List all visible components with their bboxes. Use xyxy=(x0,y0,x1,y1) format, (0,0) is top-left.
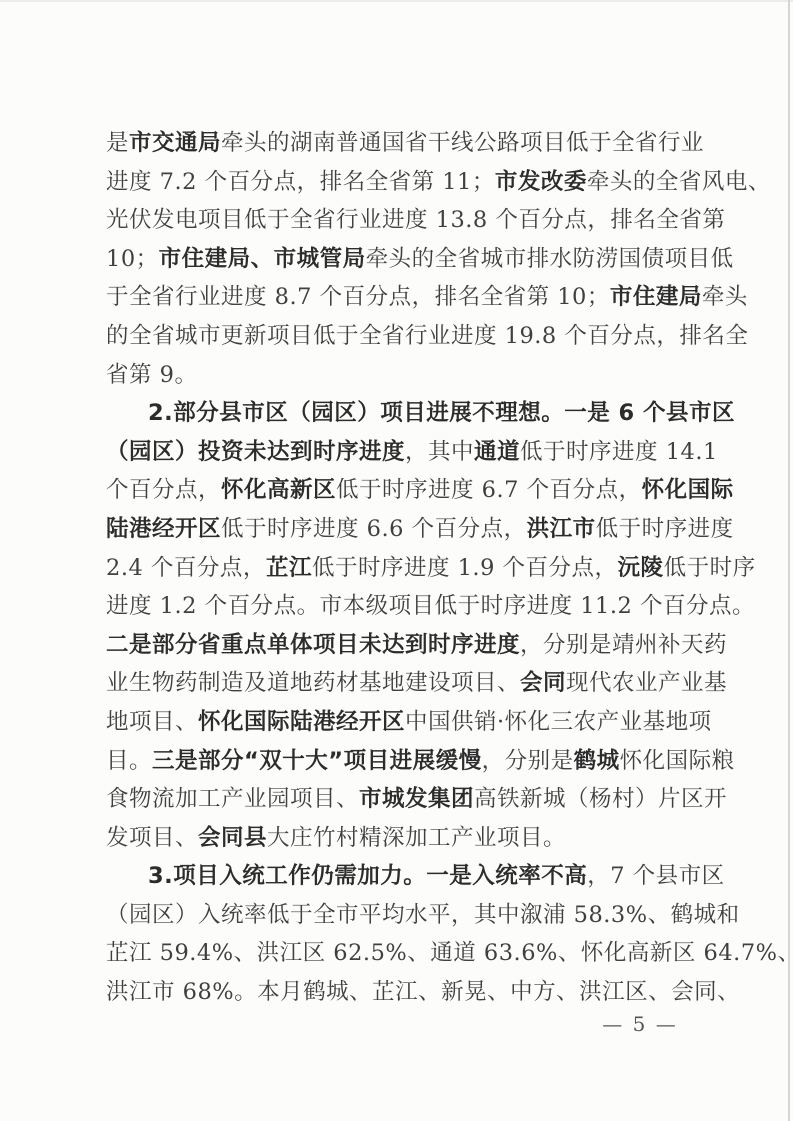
text-segment: 牵头 xyxy=(702,284,748,310)
text-segment: 光伏发电项目低于全省行业进度 13.8 个百分点，排名全省第 xyxy=(106,207,725,233)
bold-text-segment: 市交通局 xyxy=(129,130,221,156)
text-segment: 的全省城市更新项目低于全省行业进度 19.8 个百分点，排名全 xyxy=(106,323,748,349)
text-segment: 牵头的全省城市排水防涝国债项目低 xyxy=(366,246,734,272)
text-segment: 个百分点， xyxy=(106,477,221,503)
bold-text-segment: 通道 xyxy=(474,439,520,465)
text-segment: 2.4 个百分点， xyxy=(106,555,266,581)
text-segment: 高铁新城（杨村）片区开 xyxy=(474,786,727,812)
text-line: （园区）投资未达到时序进度，其中通道低于时序进度 14.1 xyxy=(106,433,694,472)
text-line: 10；市住建局、市城管局牵头的全省城市排水防涝国债项目低 xyxy=(106,240,694,279)
bold-text-segment: 市住建局、市城管局 xyxy=(159,246,366,272)
text-segment: 于全省行业进度 8.7 个百分点，排名全省第 10； xyxy=(106,284,610,310)
text-segment: 低于时序 xyxy=(664,555,756,581)
text-line: 发项目、会同县大庄竹村精深加工产业项目。 xyxy=(106,819,694,858)
text-line: 进度 1.2 个百分点。市本级项目低于时序进度 11.2 个百分点。 xyxy=(106,587,694,626)
text-segment: 低于时序进度 xyxy=(596,516,734,542)
text-line: 地项目、怀化国际陆港经开区中国供销·怀化三农产业基地项 xyxy=(106,703,694,742)
bold-text-segment: 鹤城 xyxy=(574,748,620,774)
text-line: 目。三是部分“双十大”项目进展缓慢，分别是鹤城怀化国际粮 xyxy=(106,742,694,781)
text-line: 省第 9。 xyxy=(106,356,694,395)
text-line: 二是部分省重点单体项目未达到时序进度，分别是靖州补天药 xyxy=(106,626,694,665)
bold-text-segment: 2.部分县市区（园区）项目进展不理想。一是 6 个县市区 xyxy=(148,400,735,426)
bold-text-segment: 怀化国际 xyxy=(642,477,734,503)
text-segment: ，7 个县市区 xyxy=(587,863,724,889)
bold-text-segment: 会同 xyxy=(520,670,566,696)
text-segment: 业生物药制造及道地药材基地建设项目、 xyxy=(106,670,520,696)
bold-text-segment: 二是部分省重点单体项目未达到时序进度 xyxy=(106,632,520,658)
text-segment: 进度 7.2 个百分点，排名全省第 11； xyxy=(106,169,495,195)
text-line: 于全省行业进度 8.7 个百分点，排名全省第 10；市住建局牵头 xyxy=(106,278,694,317)
text-segment: 牵头的湖南普通国省干线公路项目低于全省行业 xyxy=(221,130,704,156)
text-segment: 芷江 59.4%、洪江区 62.5%、通道 63.6%、怀化高新区 64.7%、 xyxy=(106,940,793,966)
text-line: 陆港经开区低于时序进度 6.6 个百分点，洪江市低于时序进度 xyxy=(106,510,694,549)
text-segment: 现代农业产业基 xyxy=(566,670,727,696)
text-segment: 洪江市 68%。本月鹤城、芷江、新晃、中方、洪江区、会同、 xyxy=(106,979,740,1005)
bold-text-segment: 怀化高新区 xyxy=(221,477,336,503)
text-line: 业生物药制造及道地药材基地建设项目、会同现代农业产业基 xyxy=(106,664,694,703)
text-segment: 10； xyxy=(106,246,159,272)
text-segment: 食物流加工产业园项目、 xyxy=(106,786,359,812)
text-segment: 进度 1.2 个百分点。市本级项目低于时序进度 11.2 个百分点。 xyxy=(106,593,755,619)
bold-text-segment: 沅陵 xyxy=(618,555,664,581)
text-segment: （园区）入统率低于全市平均水平，其中溆浦 58.3%、鹤城和 xyxy=(106,902,740,928)
bold-text-segment: 市城发集团 xyxy=(359,786,474,812)
bold-text-segment: 洪江市 xyxy=(527,516,596,542)
text-line: 洪江市 68%。本月鹤城、芷江、新晃、中方、洪江区、会同、 xyxy=(106,973,694,1012)
text-line: 食物流加工产业园项目、市城发集团高铁新城（杨村）片区开 xyxy=(106,780,694,819)
document-body: 是市交通局牵头的湖南普通国省干线公路项目低于全省行业进度 7.2 个百分点，排名… xyxy=(106,124,694,1012)
bold-text-segment: 芷江 xyxy=(266,555,312,581)
text-line: 光伏发电项目低于全省行业进度 13.8 个百分点，排名全省第 xyxy=(106,201,694,240)
bold-text-segment: 三是部分“双十大”项目进展缓慢 xyxy=(152,748,482,774)
bold-text-segment: 怀化国际陆港经开区 xyxy=(198,709,405,735)
text-line: 2.4 个百分点，芷江低于时序进度 1.9 个百分点，沅陵低于时序 xyxy=(106,549,694,588)
text-segment: 是 xyxy=(106,130,129,156)
text-line: 个百分点，怀化高新区低于时序进度 6.7 个百分点，怀化国际 xyxy=(106,471,694,510)
bold-text-segment: 市住建局 xyxy=(610,284,702,310)
bold-text-segment: 3.项目入统工作仍需加力。一是入统率不高 xyxy=(148,863,587,889)
text-segment: 低于时序进度 6.7 个百分点， xyxy=(336,477,642,503)
text-segment: ，分别是 xyxy=(482,748,574,774)
text-line: 的全省城市更新项目低于全省行业进度 19.8 个百分点，排名全 xyxy=(106,317,694,356)
page-number: — 5 — xyxy=(600,1012,680,1036)
text-line: 3.项目入统工作仍需加力。一是入统率不高，7 个县市区 xyxy=(106,857,694,896)
text-segment: 发项目、 xyxy=(106,825,198,851)
text-segment: 怀化国际粮 xyxy=(620,748,735,774)
text-segment: 低于时序进度 6.6 个百分点， xyxy=(221,516,527,542)
text-segment: 低于时序进度 14.1 xyxy=(520,439,718,465)
text-segment: 地项目、 xyxy=(106,709,198,735)
text-segment: 低于时序进度 1.9 个百分点， xyxy=(312,555,618,581)
text-segment: ，分别是靖州补天药 xyxy=(520,632,727,658)
bold-text-segment: 市发改委 xyxy=(495,169,587,195)
bold-text-segment: 会同县 xyxy=(198,825,267,851)
text-segment: ，其中 xyxy=(405,439,474,465)
text-line: （园区）入统率低于全市平均水平，其中溆浦 58.3%、鹤城和 xyxy=(106,896,694,935)
text-segment: 中国供销·怀化三农产业基地项 xyxy=(405,709,712,735)
text-line: 是市交通局牵头的湖南普通国省干线公路项目低于全省行业 xyxy=(106,124,694,163)
text-segment: 目。 xyxy=(106,748,152,774)
text-line: 2.部分县市区（园区）项目进展不理想。一是 6 个县市区 xyxy=(106,394,694,433)
bold-text-segment: 陆港经开区 xyxy=(106,516,221,542)
text-segment: 大庄竹村精深加工产业项目。 xyxy=(267,825,566,851)
text-segment: 牵头的全省风电、 xyxy=(587,169,771,195)
bold-text-segment: （园区）投资未达到时序进度 xyxy=(106,439,405,465)
text-line: 进度 7.2 个百分点，排名全省第 11；市发改委牵头的全省风电、 xyxy=(106,163,694,202)
text-segment: 省第 9。 xyxy=(106,362,197,388)
scan-top-edge xyxy=(0,0,793,2)
text-line: 芷江 59.4%、洪江区 62.5%、通道 63.6%、怀化高新区 64.7%、 xyxy=(106,934,694,973)
